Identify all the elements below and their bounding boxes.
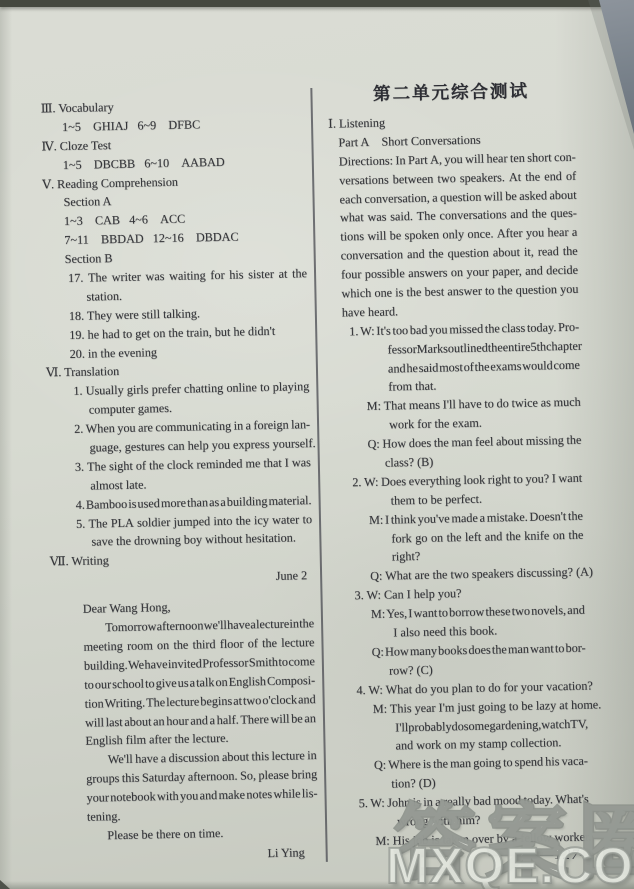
page-content: Ⅲ. Vocabulary1~5 GHIAJ 6~9 DFBCⅣ. Cloze … bbox=[0, 0, 634, 889]
text-line: Li Ying bbox=[56, 843, 319, 867]
photo-bottom-edge bbox=[0, 881, 634, 889]
right-column: 第二单元综合测试 Ⅰ. ListeningPart A Short Conver… bbox=[327, 77, 589, 852]
right-column-lines: Ⅰ. ListeningPart A Short ConversationsDi… bbox=[328, 110, 590, 852]
unit-test-title: 第二单元综合测试 bbox=[327, 77, 575, 115]
photo-top-edge bbox=[0, 0, 634, 7]
book-page: Ⅲ. Vocabulary1~5 GHIAJ 6~9 DFBCⅣ. Cloze … bbox=[0, 0, 634, 889]
left-column: Ⅲ. Vocabulary1~5 GHIAJ 6~9 DFBCⅣ. Cloze … bbox=[41, 94, 319, 867]
photo-background: Ⅲ. Vocabulary1~5 GHIAJ 6~9 DFBCⅣ. Cloze … bbox=[0, 0, 634, 889]
